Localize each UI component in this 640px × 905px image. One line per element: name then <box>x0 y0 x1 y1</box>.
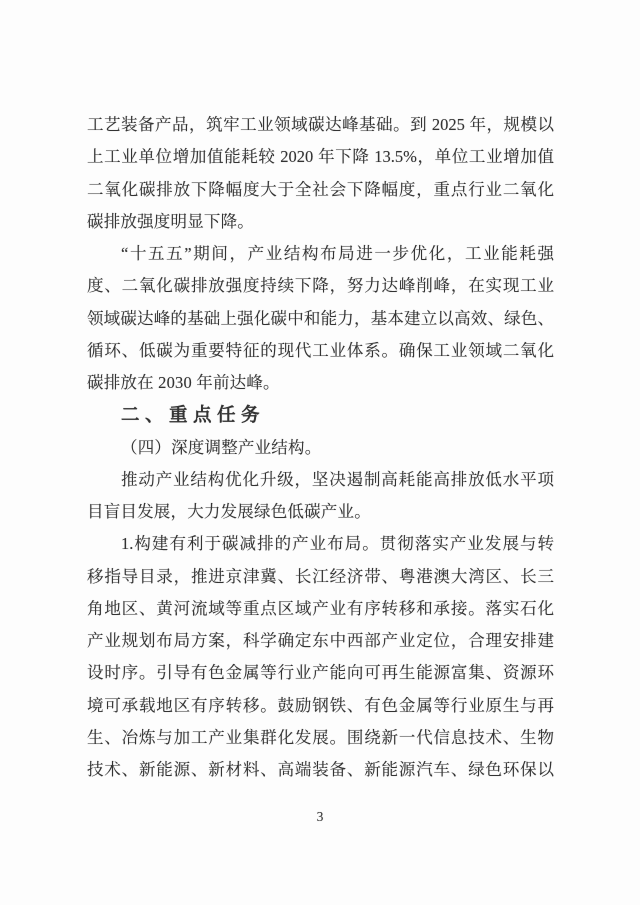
body-line: 上工业单位增加值能耗较 2020 年下降 13.5%，单位工业增加值 <box>87 141 554 173</box>
subsection-heading: （四）深度调整产业结构。 <box>87 432 554 464</box>
body-line: 目盲目发展，大力发展绿色低碳产业。 <box>87 496 554 528</box>
body-line: 度、二氧化碳排放强度持续下降，努力达峰削峰，在实现工业 <box>87 270 554 302</box>
document-page: 工艺装备产品，筑牢工业领域碳达峰基础。到 2025 年，规模以 上工业单位增加值… <box>0 0 640 905</box>
document-body: 工艺装备产品，筑牢工业领域碳达峰基础。到 2025 年，规模以 上工业单位增加值… <box>87 109 554 786</box>
body-line: 领域碳达峰的基础上强化碳中和能力，基本建立以高效、绿色、 <box>87 303 554 335</box>
body-line: 境可承载地区有序转移。鼓励钢铁、有色金属等行业原生与再 <box>87 690 554 722</box>
body-line: 碳排放在 2030 年前达峰。 <box>87 367 554 399</box>
body-line: 产业规划布局方案，科学确定东中西部产业定位，合理安排建 <box>87 625 554 657</box>
body-line: 碳排放强度明显下降。 <box>87 206 554 238</box>
body-line: 角地区、黄河流域等重点区域产业有序转移和承接。落实石化 <box>87 593 554 625</box>
body-line: 技术、新能源、新材料、高端装备、新能源汽车、绿色环保以 <box>87 754 554 786</box>
body-line: “十五五”期间，产业结构布局进一步优化，工业能耗强 <box>87 238 554 270</box>
body-line: 移指导目录，推进京津冀、长江经济带、粤港澳大湾区、长三 <box>87 561 554 593</box>
body-line: 工艺装备产品，筑牢工业领域碳达峰基础。到 2025 年，规模以 <box>87 109 554 141</box>
body-line: 生、冶炼与加工产业集群化发展。围绕新一代信息技术、生物 <box>87 722 554 754</box>
body-line: 二氧化碳排放下降幅度大于全社会下降幅度，重点行业二氧化 <box>87 174 554 206</box>
body-line: 循环、低碳为重要特征的现代工业体系。确保工业领域二氧化 <box>87 335 554 367</box>
body-line: 推动产业结构优化升级，坚决遏制高耗能高排放低水平项 <box>87 464 554 496</box>
body-line: 设时序。引导有色金属等行业产能向可再生能源富集、资源环 <box>87 657 554 689</box>
page-number: 3 <box>0 809 640 825</box>
body-line: 1.构建有利于碳减排的产业布局。贯彻落实产业发展与转 <box>87 528 554 560</box>
section-heading: 二、重点任务 <box>87 399 554 431</box>
